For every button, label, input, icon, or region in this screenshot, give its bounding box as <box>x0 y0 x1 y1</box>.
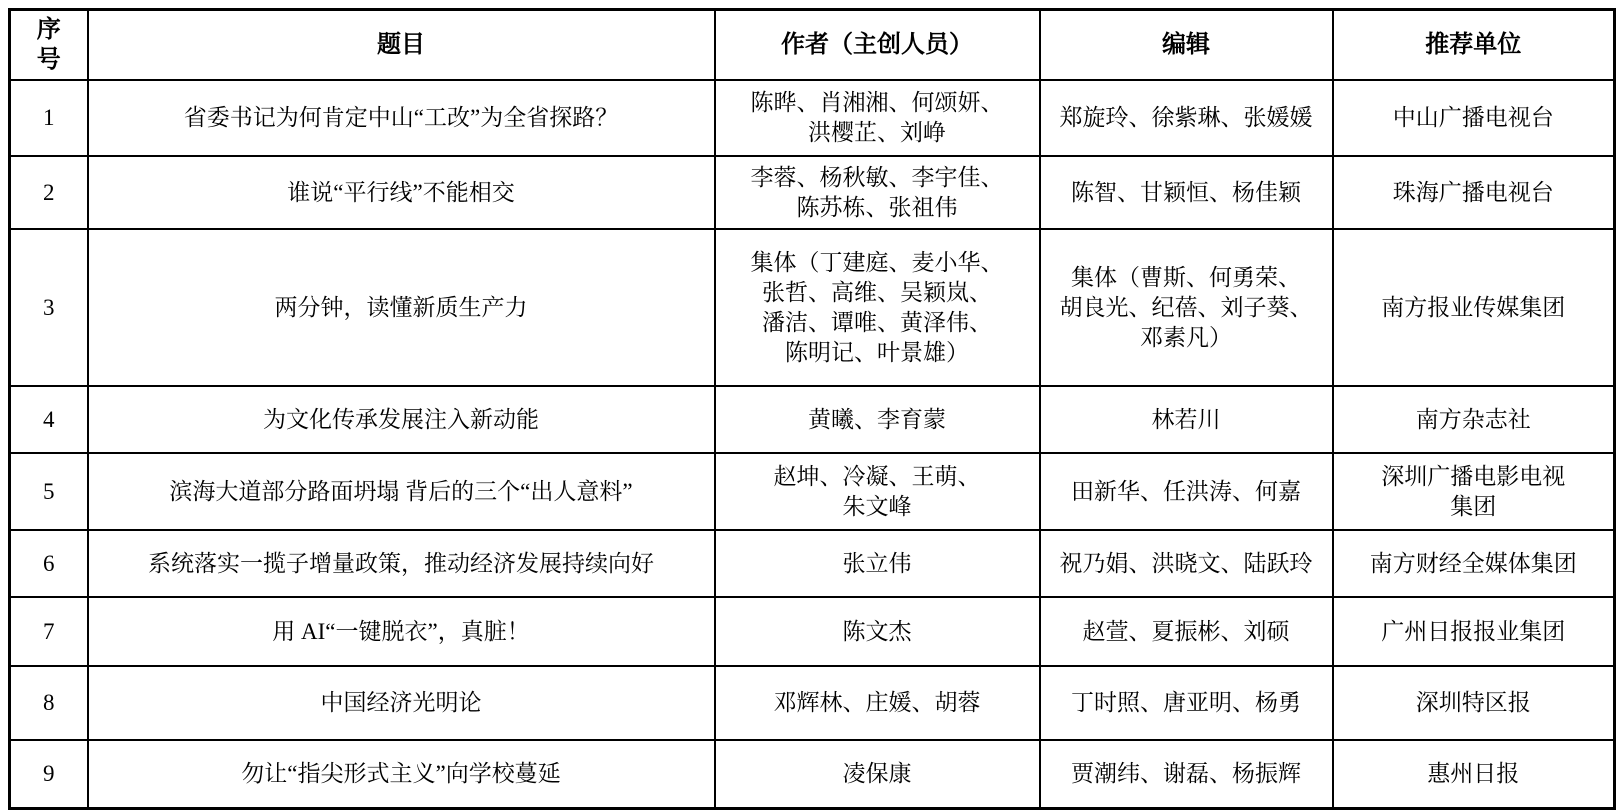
cell-title: 系统落实一揽子增量政策，推动经济发展持续向好 <box>88 530 715 597</box>
header-cell-authors: 作者（主创人员） <box>715 10 1040 81</box>
cell-editors: 丁时照、唐亚明、杨勇 <box>1040 666 1333 740</box>
cell-number: 8 <box>10 666 88 740</box>
cell-editors: 赵萱、夏振彬、刘硕 <box>1040 597 1333 666</box>
header-cell-number: 序号 <box>10 10 88 81</box>
cell-number: 9 <box>10 740 88 809</box>
header-cell-unit: 推荐单位 <box>1333 10 1615 81</box>
cell-editors: 郑旋玲、徐紫琳、张媛媛 <box>1040 80 1333 156</box>
cell-title: 用 AI“一键脱衣”，真脏！ <box>88 597 715 666</box>
cell-authors: 张立伟 <box>715 530 1040 597</box>
cell-unit: 惠州日报 <box>1333 740 1615 809</box>
table-row: 8 中国经济光明论 邓辉林、庄媛、胡蓉 丁时照、唐亚明、杨勇 深圳特区报 <box>10 666 1615 740</box>
cell-title: 滨海大道部分路面坍塌 背后的三个“出人意料” <box>88 453 715 530</box>
header-cell-title: 题目 <box>88 10 715 81</box>
cell-number: 4 <box>10 386 88 453</box>
table-row: 4 为文化传承发展注入新动能 黄曦、李育蒙 林若川 南方杂志社 <box>10 386 1615 453</box>
cell-title: 省委书记为何肯定中山“工改”为全省探路？ <box>88 80 715 156</box>
cell-title: 为文化传承发展注入新动能 <box>88 386 715 453</box>
cell-number: 7 <box>10 597 88 666</box>
cell-authors: 李蓉、杨秋敏、李宇佳、 陈苏栋、张祖伟 <box>715 156 1040 229</box>
table-row: 2 谁说“平行线”不能相交 李蓉、杨秋敏、李宇佳、 陈苏栋、张祖伟 陈智、甘颖恒… <box>10 156 1615 229</box>
cell-unit: 深圳广播电影电视 集团 <box>1333 453 1615 530</box>
table-body: 1 省委书记为何肯定中山“工改”为全省探路？ 陈晔、肖湘湘、何颂妍、 洪樱芷、刘… <box>10 80 1615 809</box>
cell-editors: 祝乃娟、洪晓文、陆跃玲 <box>1040 530 1333 597</box>
table-row: 5 滨海大道部分路面坍塌 背后的三个“出人意料” 赵坤、冷凝、王萌、 朱文峰 田… <box>10 453 1615 530</box>
header-row: 序号 题目 作者（主创人员） 编辑 推荐单位 <box>10 10 1615 81</box>
cell-unit: 南方报业传媒集团 <box>1333 229 1615 386</box>
table-row: 9 勿让“指尖形式主义”向学校蔓延 凌保康 贾潮纬、谢磊、杨振辉 惠州日报 <box>10 740 1615 809</box>
table-row: 7 用 AI“一键脱衣”，真脏！ 陈文杰 赵萱、夏振彬、刘硕 广州日报报业集团 <box>10 597 1615 666</box>
cell-authors: 陈晔、肖湘湘、何颂妍、 洪樱芷、刘峥 <box>715 80 1040 156</box>
cell-authors: 陈文杰 <box>715 597 1040 666</box>
cell-authors: 邓辉林、庄媛、胡蓉 <box>715 666 1040 740</box>
award-entries-table: 序号 题目 作者（主创人员） 编辑 推荐单位 1 省委书记为何肯定中山“工改”为… <box>8 8 1616 810</box>
table-row: 3 两分钟，读懂新质生产力 集体（丁建庭、麦小华、 张哲、高维、吴颖岚、 潘洁、… <box>10 229 1615 386</box>
cell-number: 5 <box>10 453 88 530</box>
cell-number: 2 <box>10 156 88 229</box>
cell-title: 谁说“平行线”不能相交 <box>88 156 715 229</box>
header-cell-editors: 编辑 <box>1040 10 1333 81</box>
cell-editors: 陈智、甘颖恒、杨佳颖 <box>1040 156 1333 229</box>
cell-unit: 南方杂志社 <box>1333 386 1615 453</box>
cell-unit: 珠海广播电视台 <box>1333 156 1615 229</box>
table-row: 1 省委书记为何肯定中山“工改”为全省探路？ 陈晔、肖湘湘、何颂妍、 洪樱芷、刘… <box>10 80 1615 156</box>
cell-authors: 黄曦、李育蒙 <box>715 386 1040 453</box>
cell-number: 6 <box>10 530 88 597</box>
table-header: 序号 题目 作者（主创人员） 编辑 推荐单位 <box>10 10 1615 81</box>
cell-title: 两分钟，读懂新质生产力 <box>88 229 715 386</box>
cell-number: 3 <box>10 229 88 386</box>
cell-title: 中国经济光明论 <box>88 666 715 740</box>
cell-unit: 广州日报报业集团 <box>1333 597 1615 666</box>
table-row: 6 系统落实一揽子增量政策，推动经济发展持续向好 张立伟 祝乃娟、洪晓文、陆跃玲… <box>10 530 1615 597</box>
cell-authors: 赵坤、冷凝、王萌、 朱文峰 <box>715 453 1040 530</box>
cell-editors: 林若川 <box>1040 386 1333 453</box>
cell-editors: 贾潮纬、谢磊、杨振辉 <box>1040 740 1333 809</box>
cell-editors: 田新华、任洪涛、何嘉 <box>1040 453 1333 530</box>
cell-authors: 凌保康 <box>715 740 1040 809</box>
cell-authors: 集体（丁建庭、麦小华、 张哲、高维、吴颖岚、 潘洁、谭唯、黄泽伟、 陈明记、叶景… <box>715 229 1040 386</box>
cell-unit: 中山广播电视台 <box>1333 80 1615 156</box>
cell-title: 勿让“指尖形式主义”向学校蔓延 <box>88 740 715 809</box>
cell-number: 1 <box>10 80 88 156</box>
cell-unit: 深圳特区报 <box>1333 666 1615 740</box>
cell-unit: 南方财经全媒体集团 <box>1333 530 1615 597</box>
cell-editors: 集体（曹斯、何勇荣、 胡良光、纪蓓、刘子葵、 邓素凡） <box>1040 229 1333 386</box>
